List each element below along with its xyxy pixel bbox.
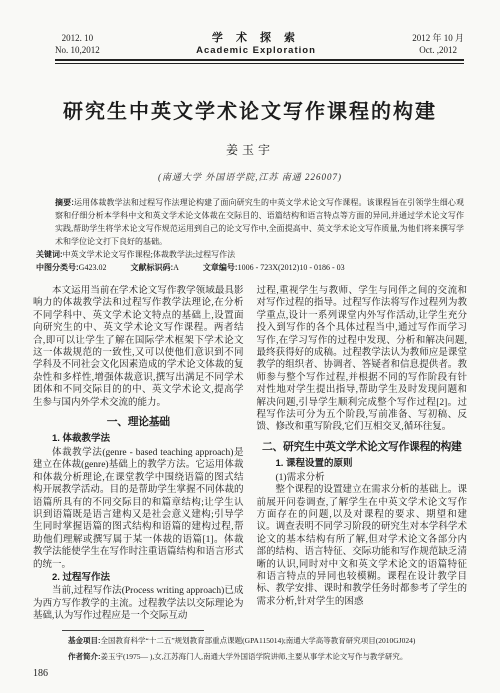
article-id-item: 文章编号:1006 - 723X(2012)10 - 0186 - 03 [203,261,345,274]
funding-label: 基金项目: [68,636,101,645]
body-paragraph: 当前,过程写作法(Process writing approach)已成为西方写… [33,585,244,622]
clc-value: G423.02 [79,263,107,272]
abstract-block: 摘要:运用体裁教学法和过程写作法理论构建了面向研究生的中英文学术论文写作课程。该… [55,196,464,248]
author-bio-text: 姜玉宇(1975— ),女,江苏海门人,南通大学外国语学院讲师,主要从事学术论文… [101,652,408,661]
journal-name-block: 学 术 探 索 Academic Exploration [196,33,316,56]
body-paragraph: (1)需求分析 [257,472,468,484]
body-paragraph: 过程,重视学生与教师、学生与同伴之间的交流和对写作过程的指导。过程写作法将写作过… [257,285,468,434]
body-paragraph: 体裁教学法(genre - based teaching approach)是建… [33,447,244,571]
header-divider [55,59,464,64]
journal-date-block: 2012 年 10 月 Oct. ,2012 [412,33,464,56]
section-heading: 2. 过程写作法 [33,572,244,584]
body-column-right: 过程,重视学生与教师、学生与同伴之间的交流和对写作过程的指导。过程写作法将写作过… [257,285,468,643]
keywords-text: 中英文学术论文写作课程;体裁教学法;过程写作法 [63,250,235,259]
section-heading: 1. 体裁教学法 [33,433,244,445]
clc-item: 中图分类号:G423.02 [36,261,106,274]
journal-issue-cn: 2012. 10 [55,33,100,45]
author-bio-note: 作者简介:姜玉宇(1975— ),女,江苏海门人,南通大学外国语学院讲师,主要从… [68,651,460,663]
doc-code-value: A [173,263,179,272]
article-title: 研究生中英文学术论文写作课程的构建 [0,95,500,124]
paper-page: 2012. 10 No. 10,2012 学 术 探 索 Academic Ex… [0,0,500,693]
body-paragraph: 本文运用当前在学术论文写作教学领域最具影响力的体裁教学法和过程写作教学法理论,在… [33,285,244,409]
section-heading: 二、研究生中英文学术论文写作课程的构建 [257,441,468,453]
journal-name-en: Academic Exploration [196,45,316,57]
keywords-line: 关键词:中英文学术论文写作课程;体裁教学法;过程写作法 [36,248,464,261]
body-paragraph: 整个课程的设置建立在需求分析的基础上。课前展开问卷调查,了解学生在中英文学术论文… [257,484,468,608]
funding-text: 全国教育科学“十二五”规划教育部重点课题(GPA115014);南通大学高等教育… [101,636,416,645]
journal-issue-block: 2012. 10 No. 10,2012 [55,33,100,56]
article-author: 姜玉宇 [0,141,500,158]
page-footer: 基金项目:全国教育科学“十二五”规划教育部重点课题(GPA115014);南通大… [0,630,500,679]
classification-line: 中图分类号:G423.02 文献标识码:A 文章编号:1006 - 723X(2… [36,261,464,274]
doc-code-item: 文献标识码:A [130,261,178,274]
section-heading: 1. 课程设置的原则 [257,458,468,470]
section-heading: 一、理论基础 [33,416,244,428]
clc-label: 中图分类号: [36,263,79,272]
body-columns: 本文运用当前在学术论文写作教学领域最具影响力的体裁教学法和过程写作教学法理论,在… [33,285,467,643]
journal-issue-en: No. 10,2012 [55,45,100,57]
keywords-label: 关键词: [36,250,63,259]
journal-date-cn: 2012 年 10 月 [412,33,464,45]
page-number: 186 [33,668,500,679]
journal-date-en: Oct. ,2012 [412,45,464,57]
author-bio-label: 作者简介: [68,652,101,661]
article-affiliation: (南通大学 外国语学院,江苏 南通 226007) [0,170,500,183]
journal-name-cn: 学 术 探 索 [196,33,316,45]
abstract-text: 运用体裁教学法和过程写作法理论构建了面向研究生的中英文学术论文写作课程。该课程旨… [55,198,464,246]
journal-header: 2012. 10 No. 10,2012 学 术 探 索 Academic Ex… [55,33,464,56]
footnote-divider [62,630,204,631]
abstract-label: 摘要: [55,198,74,207]
article-id-label: 文章编号: [203,263,238,272]
body-column-left: 本文运用当前在学术论文写作教学领域最具影响力的体裁教学法和过程写作教学法理论,在… [33,285,244,643]
funding-note: 基金项目:全国教育科学“十二五”规划教育部重点课题(GPA115014);南通大… [68,635,460,647]
article-id-value: 1006 - 723X(2012)10 - 0186 - 03 [238,263,345,272]
doc-code-label: 文献标识码: [130,263,173,272]
